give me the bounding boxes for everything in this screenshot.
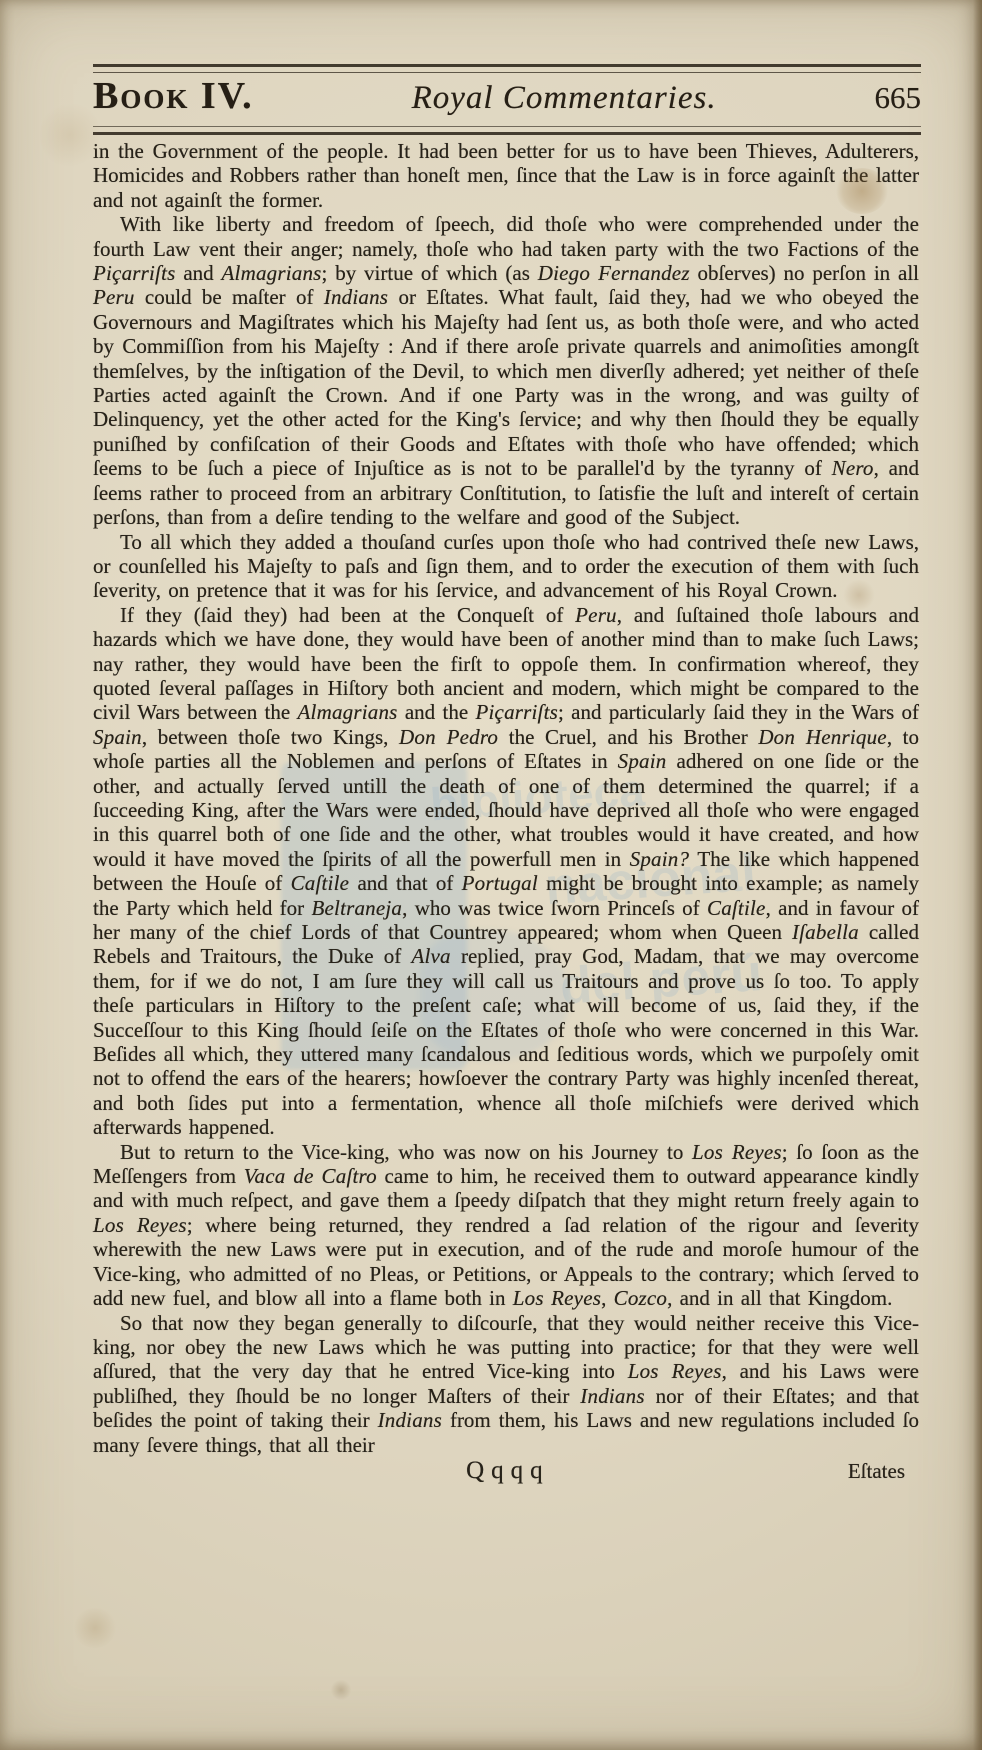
italic-text-run: Spain: [93, 725, 142, 749]
page-edge-shadow: [973, 0, 982, 1750]
italic-text-run: Los Reyes: [692, 1140, 782, 1164]
italic-text-run: Don Henrique: [758, 725, 887, 749]
signature-row: Qqqq Eſtates: [93, 1459, 919, 1483]
text-run: and that of: [349, 871, 461, 895]
italic-text-run: Los Reyes: [513, 1286, 601, 1310]
italic-text-run: Indians: [580, 1384, 644, 1408]
text-run: replied, pray God, Madam, that we may ov…: [93, 944, 919, 1139]
italic-text-run: Alva: [411, 944, 450, 968]
paragraph: So that now they began generally to diſc…: [93, 1311, 919, 1457]
paragraph: But to return to the Vice-king, who was …: [93, 1140, 919, 1311]
book-label: Book IV.: [93, 74, 254, 118]
italic-text-run: Spain?: [630, 847, 690, 871]
italic-text-run: Peru: [575, 603, 617, 627]
italic-text-run: Almagrians: [222, 261, 322, 285]
italic-text-run: Peru: [93, 285, 135, 309]
text-run: and the: [398, 700, 476, 724]
running-title: Royal Commentaries.: [254, 80, 875, 117]
italic-text-run: Almagrians: [298, 700, 398, 724]
italic-text-run: Indians: [324, 285, 388, 309]
paragraph: in the Government of the people. It had …: [93, 139, 919, 212]
text-run: To all which they added a thouſand curſe…: [93, 530, 919, 603]
text-run: and: [176, 261, 222, 285]
text-run: ; and particularly ſaid they in the Wars…: [558, 700, 919, 724]
italic-text-run: Diego Fernandez: [538, 261, 690, 285]
page-number: 665: [875, 80, 922, 116]
header-top-rule: [93, 64, 921, 73]
text-run: With like liberty and freedom of ſpeech,…: [93, 212, 919, 260]
italic-text-run: Nero: [832, 456, 874, 480]
paper-stain: [40, 100, 100, 170]
paragraph: If they (ſaid they) had been at the Conq…: [93, 603, 919, 1140]
paragraph: With like liberty and freedom of ſpeech,…: [93, 212, 919, 529]
italic-text-run: Iſabella: [792, 920, 859, 944]
running-header: Book IV. Royal Commentaries. 665: [93, 74, 921, 122]
italic-text-run: Portugal: [462, 871, 538, 895]
italic-text-run: Los Reyes: [628, 1359, 722, 1383]
text-block: in the Government of the people. It had …: [93, 139, 919, 1483]
text-run: ; by virtue of which (as: [322, 261, 538, 285]
italic-text-run: Spain: [618, 749, 667, 773]
text-run: , and in all that Kingdom.: [667, 1286, 892, 1310]
italic-text-run: Piçarriſts: [476, 700, 559, 724]
italic-text-run: Cozco: [614, 1286, 668, 1310]
signature-mark: Qqqq: [466, 1459, 550, 1483]
text-run: If they (ſaid they) had been at the Conq…: [120, 603, 575, 627]
italic-text-run: Indians: [378, 1408, 442, 1432]
italic-text-run: Caſtile: [707, 896, 766, 920]
paper-stain: [72, 1608, 118, 1648]
text-run: , between thoſe two Kings,: [142, 725, 399, 749]
paragraph: To all which they added a thouſand curſe…: [93, 530, 919, 603]
text-run: , who was twice ſworn Princeſs of: [402, 896, 707, 920]
italic-text-run: Vaca de Caſtro: [244, 1164, 377, 1188]
paper-stain: [330, 1680, 352, 1700]
italic-text-run: Los Reyes: [93, 1213, 187, 1237]
text-run: ,: [601, 1286, 614, 1310]
italic-text-run: Piçarriſts: [93, 261, 176, 285]
text-run: could be maſter of: [135, 285, 324, 309]
italic-text-run: Don Pedro: [399, 725, 498, 749]
text-run: in the Government of the people. It had …: [93, 139, 919, 212]
catchword: Eſtates: [550, 1459, 919, 1483]
text-run: But to return to the Vice-king, who was …: [120, 1140, 692, 1164]
italic-text-run: Beltraneja: [311, 896, 402, 920]
text-run: or Eſtates. What fault, ſaid they, had w…: [93, 285, 919, 480]
text-run: the Cruel, and his Brother: [498, 725, 758, 749]
italic-text-run: Caſtile: [291, 871, 350, 895]
text-run: obſerves) no perſon in all: [690, 261, 919, 285]
header-bottom-rule: [93, 126, 921, 135]
